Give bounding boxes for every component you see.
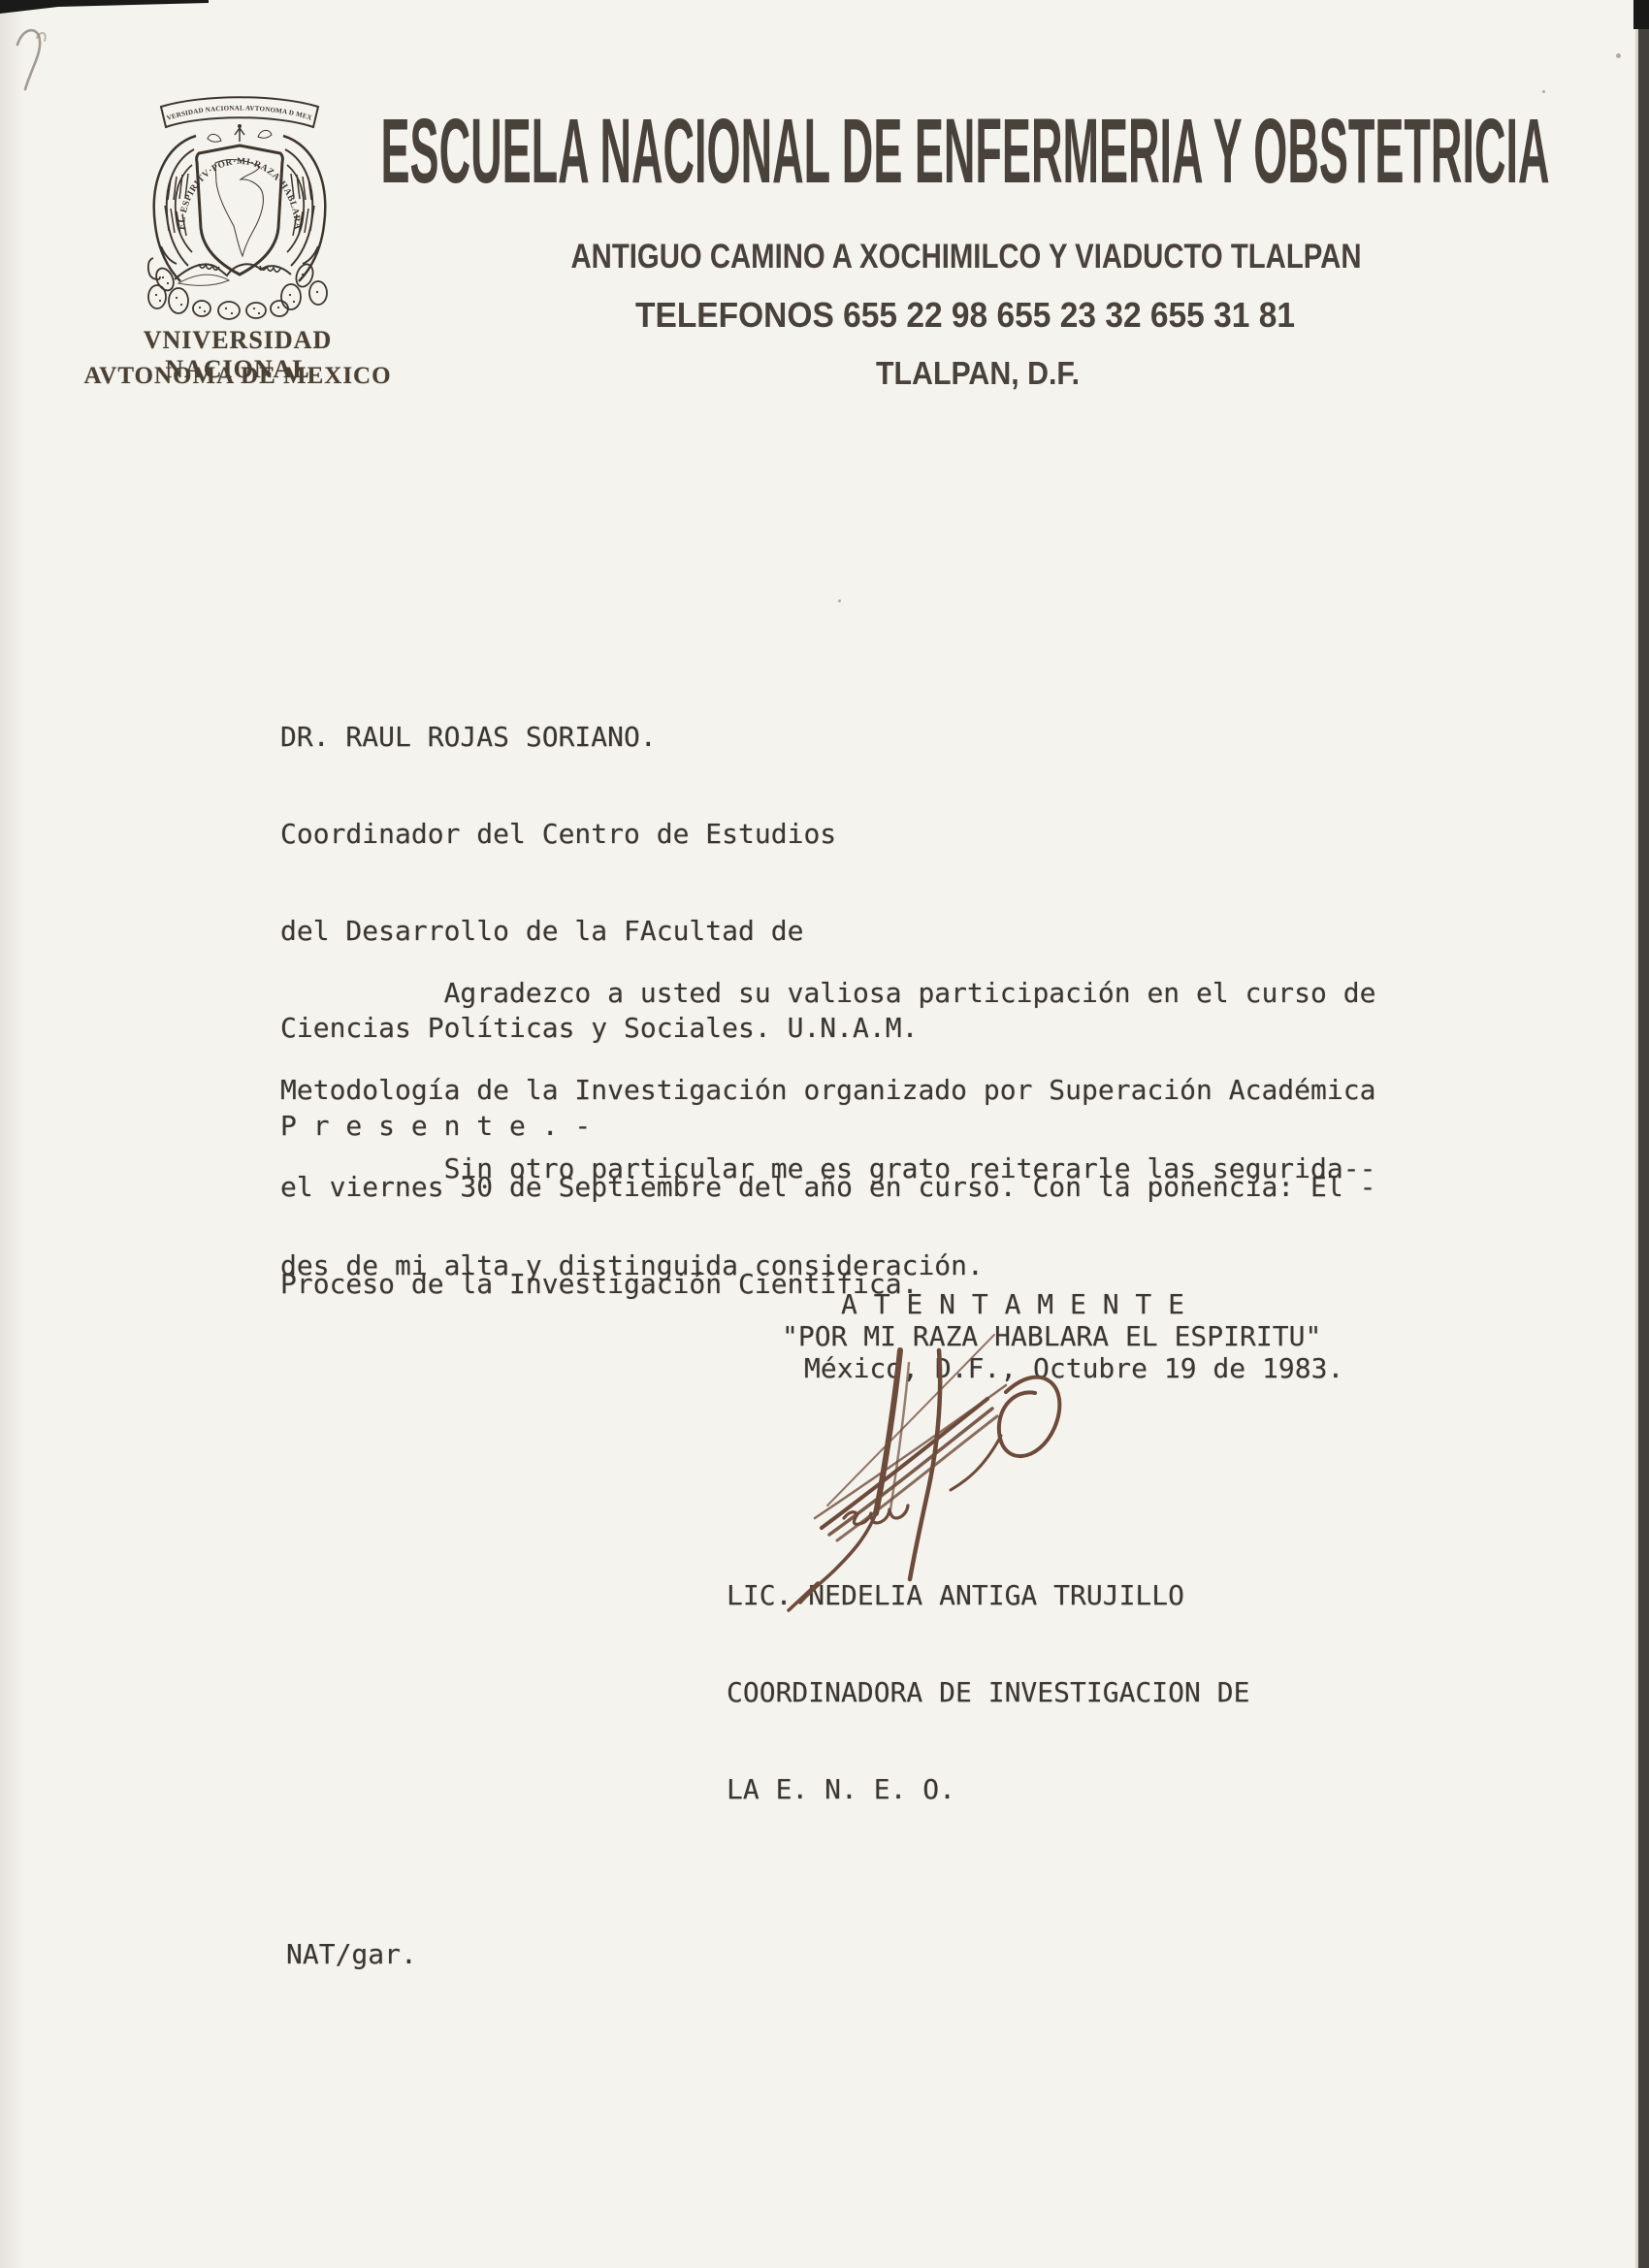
- signer-title-line: LA E. N. E. O.: [727, 1773, 1249, 1805]
- address-line: ANTIGUO CAMINO A XOCHIMILCO Y VIADUCTO T…: [571, 238, 1362, 275]
- recipient-title-line: Coordinador del Centro de Estudios: [280, 818, 918, 850]
- body-paragraph-2: Sin otro particular me es grato reiterar…: [280, 1087, 1375, 1346]
- letter-page: VNIVERSIDAD NACIONAL AVTONOMA D MEXICO E…: [0, 0, 1649, 2268]
- body-text-line: des de mi alta y distinguida consideraci…: [280, 1249, 1375, 1281]
- city-line: TLALPAN, D.F.: [876, 355, 1080, 391]
- body-text-line: Agradezco a usted su valiosa participaci…: [280, 977, 1375, 1009]
- handwritten-signature: [752, 1319, 1130, 1620]
- recipient-name: DR. RAUL ROJAS SORIANO.: [280, 721, 918, 753]
- signer-title-line: COORDINADORA DE INVESTIGACION DE: [727, 1676, 1249, 1708]
- closing-salutation: A T E N T A M E N T E: [841, 1288, 1184, 1320]
- school-name-title: ESCUELA NACIONAL DE ENFERMERIA Y OBSTETR…: [381, 100, 1550, 203]
- body-text-line: Sin otro particular me es grato reiterar…: [280, 1152, 1375, 1184]
- letterhead-text: ESCUELA NACIONAL DE ENFERMERIA Y OBSTETR…: [0, 0, 1649, 417]
- scan-speck: [838, 599, 841, 602]
- typist-initials: NAT/gar.: [286, 1938, 417, 1970]
- phones-line: TELEFONOS 655 22 98 655 23 32 655 31 81: [635, 295, 1295, 335]
